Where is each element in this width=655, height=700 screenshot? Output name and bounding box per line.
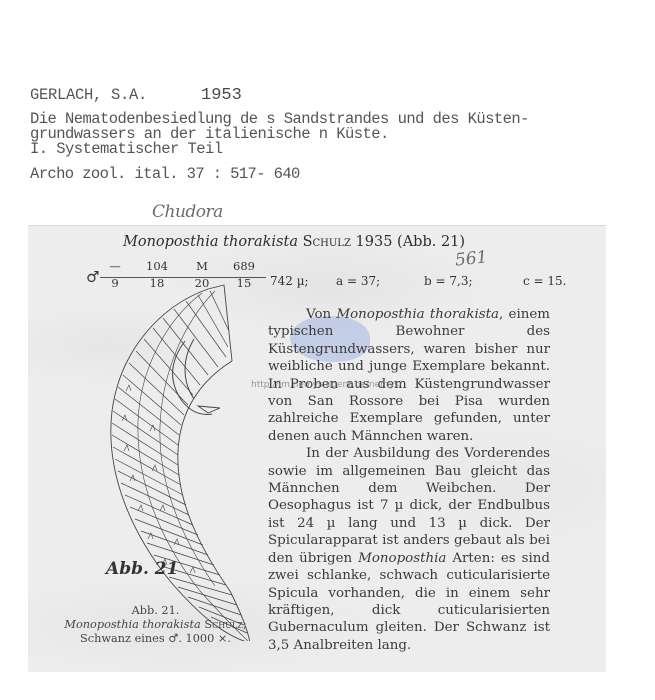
watermark-url: http://im.nemys.ugent.be/nemys/ <box>251 380 402 390</box>
italic-species-name: Monoposthia thorakista <box>336 307 499 322</box>
caption-species-name: Monoposthia thorakista <box>64 618 200 631</box>
ratio-b: b = 7,3; <box>424 274 473 288</box>
caption-figure-number: Abb. 21. <box>48 604 263 618</box>
text-run: In der Ausbildung des Vorderendes sowie … <box>268 446 550 565</box>
scanned-page: Monoposthia thorakista Schulz 1935 (Abb.… <box>28 225 606 672</box>
index-card-header: GERLACH, S.A. 1953 Die Nematodenbesiedlu… <box>0 0 655 200</box>
species-authority: Schulz <box>303 234 351 250</box>
numerator: — <box>100 260 130 273</box>
figure-label: Abb. 21 <box>106 559 178 579</box>
text-run: Von <box>306 307 336 322</box>
paragraph-1: Von Monoposthia thorakista, einem typisc… <box>268 306 550 445</box>
ratio-c: c = 15. <box>523 274 567 288</box>
caption-description: Schwanz eines ♂. 1000 ×. <box>48 632 263 646</box>
figure-caption: Abb. 21. Monoposthia thorakista Schulz; … <box>48 604 263 646</box>
numerator: 689 <box>229 260 259 273</box>
nematode-tail-illustration <box>90 281 280 641</box>
author: GERLACH, S.A. <box>30 86 147 104</box>
species-description: Von Monoposthia thorakista, einem typisc… <box>268 306 550 654</box>
ratio-a: a = 37; <box>336 274 380 288</box>
handwritten-genus-note: Chudora <box>152 202 223 222</box>
publication-year: 1953 <box>201 86 242 105</box>
caption-species-line: Monoposthia thorakista Schulz; <box>48 618 263 632</box>
title-line-3: I. Systematischer Teil <box>30 140 223 158</box>
handwritten-page-number: 561 <box>454 247 488 270</box>
caption-authority: Schulz; <box>204 618 246 631</box>
species-heading: Monoposthia thorakista Schulz 1935 (Abb.… <box>123 234 465 250</box>
italic-genus-name: Monoposthia <box>358 551 446 566</box>
journal-reference: Archo zool. ital. 37 : 517- 640 <box>30 165 300 183</box>
text-run: , einem typischen Bewohner des Küstengru… <box>268 307 550 444</box>
paragraph-2: In der Ausbildung des Vorderendes sowie … <box>268 445 550 654</box>
species-name: Monoposthia thorakista <box>123 234 298 250</box>
species-year: 1935 <box>356 234 393 250</box>
numerator: 104 <box>142 260 172 273</box>
numerator: M <box>187 260 217 273</box>
species-figure-ref: (Abb. 21) <box>397 234 465 250</box>
